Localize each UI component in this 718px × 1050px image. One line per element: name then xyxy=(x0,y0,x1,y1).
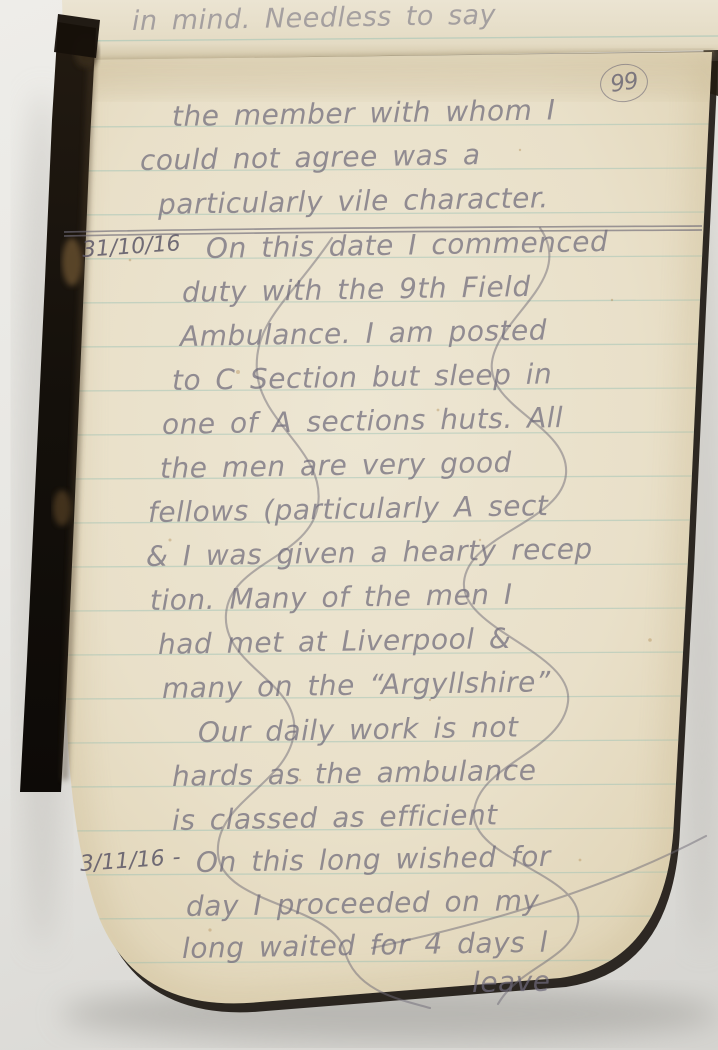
handwriting-line: day I proceeded on my xyxy=(186,884,540,923)
entry-date: 3/11/16 - xyxy=(79,845,181,877)
handwriting-line: hards as the ambulance xyxy=(172,754,537,793)
handwriting-line: particularly vile character. xyxy=(158,181,549,221)
handwriting-line: Ambulance. I am posted xyxy=(180,314,548,353)
handwriting-line: leave xyxy=(472,965,551,999)
handwriting-line: duty with the 9th Field xyxy=(182,270,531,309)
handwriting-line: could not agree was a xyxy=(140,138,481,177)
page-number: 99 xyxy=(598,61,651,105)
handwriting-line: & I was given a hearty recep xyxy=(146,532,593,573)
handwriting-line: long waited for 4 days l xyxy=(182,926,548,965)
previous-page-line: in mind. Needless to say xyxy=(132,0,497,37)
handwriting-line: many on the “Argyllshire” xyxy=(162,665,551,705)
handwriting-line: Our daily work is not xyxy=(198,710,519,749)
handwriting-line: had met at Liverpool & xyxy=(158,622,512,661)
handwriting-line: fellows (particularly A sect xyxy=(148,489,549,529)
handwriting-line: On this date I commenced xyxy=(206,225,609,265)
handwriting-layer: in mind. Needless to say 99 the member w… xyxy=(0,0,718,1050)
handwriting-line: is classed as efficient xyxy=(172,798,498,837)
handwriting-line: On this long wished for xyxy=(196,840,551,879)
handwriting-line: to C Section but sleep in xyxy=(172,357,553,397)
notebook-photo: in mind. Needless to say 99 the member w… xyxy=(0,0,718,1050)
handwriting-line: tion. Many of the men I xyxy=(150,578,513,617)
handwriting-line: one of A sections huts. All xyxy=(162,401,564,441)
entry-date: 31/10/16 xyxy=(81,231,181,263)
handwriting-line: the member with whom I xyxy=(172,93,556,133)
handwriting-line: the men are very good xyxy=(160,446,512,485)
